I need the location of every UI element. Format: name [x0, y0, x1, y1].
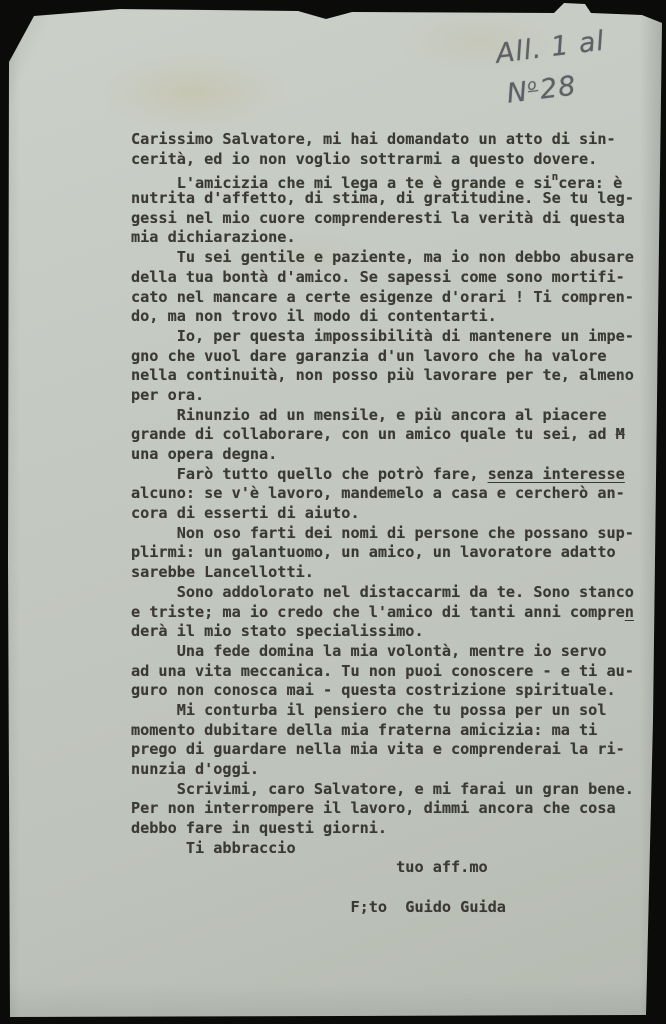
- letter-segment: plirmi: un galantuomo, un amico, un lavo…: [131, 543, 616, 561]
- letter-segment-sup-n: n: [552, 167, 559, 187]
- annotation-n-superscript: o: [526, 75, 538, 94]
- letter-segment: Non oso farti dei nomi di persone che po…: [131, 524, 634, 542]
- letter-line: mia dichiarazione.: [131, 228, 663, 248]
- letter-line: plirmi: un galantuomo, un amico, un lavo…: [131, 543, 663, 563]
- letter-line: cora di esserti di aiuto.: [131, 504, 663, 524]
- letter-segment: sarebbe Lancellotti.: [131, 563, 314, 581]
- letter-line: ad una vita meccanica. Tu non puoi conos…: [131, 662, 663, 682]
- letter-line: F;to Guido Guida: [131, 898, 663, 918]
- letter-segment: do, ma non trovo il modo di contentarti.: [131, 307, 497, 325]
- letter-line: gno che vuol dare garanzia d'un lavoro c…: [131, 347, 663, 367]
- letter-segment-strike: M: [616, 425, 625, 443]
- letter-segment: gessi nel mio cuore comprenderesti la ve…: [131, 209, 625, 227]
- letter-segment: nunzia d'oggi.: [131, 760, 259, 778]
- letter-segment: e triste; ma io credo che l'amico di tan…: [131, 603, 625, 621]
- letter-line: Carissimo Salvatore, mi hai domandato un…: [131, 130, 663, 150]
- letter-line: prego di guardare nella mia vita e compr…: [131, 740, 663, 760]
- letter-line: derà il mio stato specialissimo.: [131, 622, 663, 642]
- letter-line: nella continuità, non posso più lavorare…: [131, 366, 663, 386]
- letter-segment: gno che vuol dare garanzia d'un lavoro c…: [131, 347, 606, 365]
- letter-segment-underline: senza interesse: [488, 465, 625, 483]
- letter-segment: derà il mio stato specialissimo.: [131, 622, 424, 640]
- letter-line: nutrita d'affetto, di stima, di gratitud…: [131, 189, 663, 209]
- letter-segment: cerità, ed io non voglio sottrarmi a que…: [131, 150, 597, 168]
- letter-segment: guro non conosca mai - questa costrizion…: [131, 681, 616, 699]
- letter-segment: F;to Guido Guida: [131, 898, 506, 916]
- letter-line: guro non conosca mai - questa costrizion…: [131, 681, 663, 701]
- letter-line: debbo fare in questi giorni.: [131, 819, 663, 839]
- letter-segment: Carissimo Salvatore, mi hai domandato un…: [131, 130, 616, 148]
- letter-line: nunzia d'oggi.: [131, 760, 663, 780]
- letter-line: Tu sei gentile e paziente, ma io non deb…: [131, 248, 663, 268]
- letter-segment: Scrivimi, caro Salvatore, e mi farai un …: [131, 780, 634, 798]
- letter-line: momento dubitare della mia fraterna amic…: [131, 721, 663, 741]
- letter-line: L'amicizia che mi lega a te è grande e s…: [131, 169, 663, 189]
- letter-line: Non oso farti dei nomi di persone che po…: [131, 524, 663, 544]
- letter-segment: mia dichiarazione.: [131, 228, 296, 246]
- letter-line: do, ma non trovo il modo di contentarti.: [131, 307, 663, 327]
- letter-segment: cora di esserti di aiuto.: [131, 504, 360, 522]
- letter-line: tuo aff.mo: [131, 858, 663, 878]
- letter-line: Per non interrompere il lavoro, dimmi an…: [131, 799, 663, 819]
- letter-line: alcuno: se v'è lavoro, mandemelo a casa …: [131, 484, 663, 504]
- letter-line: Scrivimi, caro Salvatore, e mi farai un …: [131, 780, 663, 800]
- letter-segment: Rinunzio ad un mensile, e più ancora al …: [131, 406, 606, 424]
- letter-segment: della tua bontà d'amico. Se sapessi come…: [131, 268, 625, 286]
- scanned-letter-page: { "colors":{ "scan_background":"#0b0b0a"…: [0, 0, 666, 1024]
- letter-line: gessi nel mio cuore comprenderesti la ve…: [131, 209, 663, 229]
- letter-segment: cato nel mancare a certe esigenze d'orar…: [131, 288, 634, 306]
- letter-segment: nella continuità, non posso più lavorare…: [131, 366, 634, 384]
- letter-segment: Mi conturba il pensiero che tu possa per…: [131, 701, 606, 719]
- letter-segment: momento dubitare della mia fraterna amic…: [131, 721, 597, 739]
- letter-segment: nutrita d'affetto, di stima, di gratitud…: [131, 189, 634, 207]
- letter-line: della tua bontà d'amico. Se sapessi come…: [131, 268, 663, 288]
- letter-line: una opera degna.: [131, 445, 663, 465]
- letter-segment: Per non interrompere il lavoro, dimmi an…: [131, 799, 616, 817]
- letter-line: grande di collaborare, con un amico qual…: [131, 425, 663, 445]
- letter-segment: tuo aff.mo: [131, 858, 488, 876]
- letter-line: [131, 878, 663, 898]
- letter-line: Io, per questa impossibilità di mantener…: [131, 327, 663, 347]
- letter-segment: Ti abbraccio: [131, 839, 296, 857]
- letter-line: Sono addolorato nel distaccarmi da te. S…: [131, 583, 663, 603]
- letter-segment: grande di collaborare, con un amico qual…: [131, 425, 616, 443]
- letter-segment: Io, per questa impossibilità di mantener…: [131, 327, 634, 345]
- letter-segment: per ora.: [131, 386, 204, 404]
- letter-line: Ti abbraccio: [131, 839, 663, 859]
- letter-line: cato nel mancare a certe esigenze d'orar…: [131, 288, 663, 308]
- annotation-number-value: 28: [538, 70, 578, 105]
- letter-segment: alcuno: se v'è lavoro, mandemelo a casa …: [131, 484, 625, 502]
- letter-segment: debbo fare in questi giorni.: [131, 819, 387, 837]
- letter-line: e triste; ma io credo che l'amico di tan…: [131, 603, 663, 623]
- letter-segment: Una fede domina la mia volontà, mentre i…: [131, 642, 606, 660]
- letter-line: Rinunzio ad un mensile, e più ancora al …: [131, 406, 663, 426]
- letter-segment: una opera degna.: [131, 445, 277, 463]
- letter-segment: Farò tutto quello che potrò fare,: [131, 465, 488, 483]
- letter-line: Mi conturba il pensiero che tu possa per…: [131, 701, 663, 721]
- letter-line: Farò tutto quello che potrò fare, senza …: [131, 465, 663, 485]
- letter-body: Carissimo Salvatore, mi hai domandato un…: [131, 130, 663, 918]
- letter-segment: ad una vita meccanica. Tu non puoi conos…: [131, 662, 634, 680]
- letter-segment: prego di guardare nella mia vita e compr…: [131, 740, 625, 758]
- letter-line: cerità, ed io non voglio sottrarmi a que…: [131, 150, 663, 170]
- letter-line: Una fede domina la mia volontà, mentre i…: [131, 642, 663, 662]
- letter-segment: Tu sei gentile e paziente, ma io non deb…: [131, 248, 634, 266]
- letter-line: per ora.: [131, 386, 663, 406]
- letter-segment: Sono addolorato nel distaccarmi da te. S…: [131, 583, 634, 601]
- letter-line: sarebbe Lancellotti.: [131, 563, 663, 583]
- letter-segment-underline: n: [625, 603, 634, 621]
